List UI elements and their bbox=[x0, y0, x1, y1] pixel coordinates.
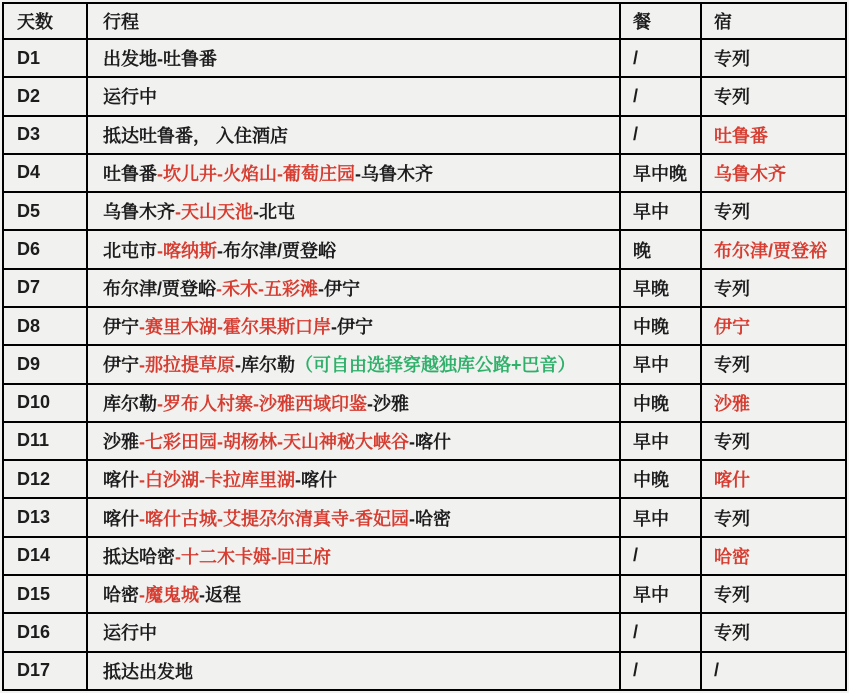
itinerary-segment: 运行中 bbox=[103, 87, 157, 107]
day-cell: D5 bbox=[3, 192, 87, 230]
itinerary-segment: -禾木-五彩滩 bbox=[216, 279, 318, 299]
table-row: D16运行中/专列 bbox=[3, 613, 846, 651]
header-days: 天数 bbox=[3, 3, 87, 39]
header-row: 天数 行程 餐 宿 bbox=[3, 3, 846, 39]
meals-cell: 中晚 bbox=[620, 307, 701, 345]
itinerary-segment: 喀什 bbox=[103, 509, 139, 529]
itinerary-cell: 哈密-魔鬼城-返程 bbox=[87, 575, 620, 613]
lodging-cell: 专列 bbox=[701, 77, 846, 115]
meals-cell: 早中 bbox=[620, 192, 701, 230]
meals-cell: / bbox=[620, 652, 701, 691]
itinerary-segment: 抵达吐鲁番， 入住酒店 bbox=[103, 126, 288, 146]
lodging-cell: 专列 bbox=[701, 422, 846, 460]
itinerary-segment: 吐鲁番 bbox=[103, 164, 157, 184]
itinerary-segment: -天山天池 bbox=[175, 202, 253, 222]
itinerary-segment: -布尔津/贾登峪 bbox=[217, 241, 336, 261]
itinerary-segment: -返程 bbox=[199, 585, 241, 605]
itinerary-segment: 乌鲁木齐 bbox=[103, 202, 175, 222]
day-cell: D12 bbox=[3, 460, 87, 498]
day-cell: D4 bbox=[3, 154, 87, 192]
table-row: D9伊宁-那拉提草原-库尔勒（可自由选择穿越独库公路+巴音）早中专列 bbox=[3, 345, 846, 383]
table-row: D7布尔津/贾登峪-禾木-五彩滩-伊宁早晚专列 bbox=[3, 269, 846, 307]
itinerary-segment: -沙雅 bbox=[367, 394, 409, 414]
meals-cell: 中晚 bbox=[620, 460, 701, 498]
lodging-cell: / bbox=[701, 652, 846, 691]
itinerary-segment: -坎儿井-火焰山-葡萄庄园 bbox=[157, 164, 355, 184]
lodging-cell: 专列 bbox=[701, 613, 846, 651]
day-cell: D14 bbox=[3, 537, 87, 575]
itinerary-cell: 抵达哈密-十二木卡姆-回王府 bbox=[87, 537, 620, 575]
day-cell: D11 bbox=[3, 422, 87, 460]
day-cell: D15 bbox=[3, 575, 87, 613]
itinerary-segment: 运行中 bbox=[103, 623, 157, 643]
itinerary-segment: -罗布人村寨-沙雅西域印鉴 bbox=[157, 394, 367, 414]
itinerary-cell: 伊宁-赛里木湖-霍尔果斯口岸-伊宁 bbox=[87, 307, 620, 345]
table-row: D10库尔勒-罗布人村寨-沙雅西域印鉴-沙雅中晚沙雅 bbox=[3, 384, 846, 422]
table-row: D1出发地-吐鲁番/专列 bbox=[3, 39, 846, 77]
itinerary-cell: 喀什-白沙湖-卡拉库里湖-喀什 bbox=[87, 460, 620, 498]
itinerary-segment: -十二木卡姆-回王府 bbox=[175, 547, 331, 567]
itinerary-cell: 运行中 bbox=[87, 613, 620, 651]
lodging-cell: 专列 bbox=[701, 345, 846, 383]
itinerary-segment: -乌鲁木齐 bbox=[355, 164, 433, 184]
day-cell: D13 bbox=[3, 498, 87, 536]
itinerary-cell: 喀什-喀什古城-艾提尕尔清真寺-香妃园-哈密 bbox=[87, 498, 620, 536]
day-cell: D3 bbox=[3, 116, 87, 154]
lodging-cell: 专列 bbox=[701, 269, 846, 307]
table-row: D12喀什-白沙湖-卡拉库里湖-喀什中晚喀什 bbox=[3, 460, 846, 498]
meals-cell: / bbox=[620, 116, 701, 154]
day-cell: D7 bbox=[3, 269, 87, 307]
itinerary-segment: -那拉提草原 bbox=[139, 355, 235, 375]
table-row: D17抵达出发地// bbox=[3, 652, 846, 691]
header-meals: 餐 bbox=[620, 3, 701, 39]
table-row: D2运行中/专列 bbox=[3, 77, 846, 115]
itinerary-segment: 北屯市 bbox=[103, 241, 157, 261]
itinerary-cell: 沙雅-七彩田园-胡杨林-天山神秘大峡谷-喀什 bbox=[87, 422, 620, 460]
itinerary-segment: -北屯 bbox=[253, 202, 295, 222]
itinerary-cell: 抵达吐鲁番， 入住酒店 bbox=[87, 116, 620, 154]
meals-cell: / bbox=[620, 613, 701, 651]
itinerary-segment: -哈密 bbox=[409, 509, 451, 529]
day-cell: D6 bbox=[3, 230, 87, 268]
table-row: D3抵达吐鲁番， 入住酒店/吐鲁番 bbox=[3, 116, 846, 154]
day-cell: D9 bbox=[3, 345, 87, 383]
itinerary-segment: 伊宁 bbox=[103, 317, 139, 337]
day-cell: D10 bbox=[3, 384, 87, 422]
itinerary-segment: 库尔勒 bbox=[103, 394, 157, 414]
itinerary-segment: -喀什 bbox=[409, 432, 451, 452]
itinerary-segment: 沙雅 bbox=[103, 432, 139, 452]
day-cell: D16 bbox=[3, 613, 87, 651]
itinerary-cell: 运行中 bbox=[87, 77, 620, 115]
lodging-cell: 沙雅 bbox=[701, 384, 846, 422]
itinerary-segment: （可自由选择穿越独库公路+巴音） bbox=[295, 355, 576, 375]
meals-cell: 中晚 bbox=[620, 384, 701, 422]
table-row: D11沙雅-七彩田园-胡杨林-天山神秘大峡谷-喀什早中专列 bbox=[3, 422, 846, 460]
meals-cell: 早中 bbox=[620, 575, 701, 613]
lodging-cell: 专列 bbox=[701, 498, 846, 536]
header-lodging: 宿 bbox=[701, 3, 846, 39]
itinerary-segment: 抵达出发地 bbox=[103, 662, 193, 682]
meals-cell: 早中晚 bbox=[620, 154, 701, 192]
itinerary-page: 天数 行程 餐 宿 D1出发地-吐鲁番/专列D2运行中/专列D3抵达吐鲁番， 入… bbox=[0, 0, 849, 693]
itinerary-segment: -赛里木湖-霍尔果斯口岸 bbox=[139, 317, 331, 337]
itinerary-segment: -喀什 bbox=[295, 470, 337, 490]
itinerary-cell: 北屯市-喀纳斯-布尔津/贾登峪 bbox=[87, 230, 620, 268]
itinerary-cell: 伊宁-那拉提草原-库尔勒（可自由选择穿越独库公路+巴音） bbox=[87, 345, 620, 383]
itinerary-segment: 布尔津/贾登峪 bbox=[103, 279, 216, 299]
day-cell: D8 bbox=[3, 307, 87, 345]
itinerary-cell: 库尔勒-罗布人村寨-沙雅西域印鉴-沙雅 bbox=[87, 384, 620, 422]
lodging-cell: 专列 bbox=[701, 192, 846, 230]
itinerary-segment: -白沙湖-卡拉库里湖 bbox=[139, 470, 295, 490]
table-row: D5乌鲁木齐-天山天池-北屯早中专列 bbox=[3, 192, 846, 230]
itinerary-cell: 乌鲁木齐-天山天池-北屯 bbox=[87, 192, 620, 230]
meals-cell: 早晚 bbox=[620, 269, 701, 307]
itinerary-table: 天数 行程 餐 宿 D1出发地-吐鲁番/专列D2运行中/专列D3抵达吐鲁番， 入… bbox=[2, 2, 847, 691]
table-row: D15哈密-魔鬼城-返程早中专列 bbox=[3, 575, 846, 613]
meals-cell: / bbox=[620, 537, 701, 575]
itinerary-segment: 哈密 bbox=[103, 585, 139, 605]
itinerary-cell: 布尔津/贾登峪-禾木-五彩滩-伊宁 bbox=[87, 269, 620, 307]
day-cell: D2 bbox=[3, 77, 87, 115]
meals-cell: 早中 bbox=[620, 498, 701, 536]
meals-cell: 早中 bbox=[620, 345, 701, 383]
itinerary-cell: 出发地-吐鲁番 bbox=[87, 39, 620, 77]
itinerary-segment: -喀纳斯 bbox=[157, 241, 217, 261]
day-cell: D1 bbox=[3, 39, 87, 77]
table-row: D13喀什-喀什古城-艾提尕尔清真寺-香妃园-哈密早中专列 bbox=[3, 498, 846, 536]
lodging-cell: 哈密 bbox=[701, 537, 846, 575]
itinerary-segment: -伊宁 bbox=[331, 317, 373, 337]
table-row: D6北屯市-喀纳斯-布尔津/贾登峪晚布尔津/贾登裕 bbox=[3, 230, 846, 268]
table-row: D8伊宁-赛里木湖-霍尔果斯口岸-伊宁中晚伊宁 bbox=[3, 307, 846, 345]
meals-cell: / bbox=[620, 39, 701, 77]
itinerary-segment: -伊宁 bbox=[318, 279, 360, 299]
itinerary-segment: 出发地-吐鲁番 bbox=[103, 49, 217, 69]
lodging-cell: 伊宁 bbox=[701, 307, 846, 345]
itinerary-segment: 抵达哈密 bbox=[103, 547, 175, 567]
itinerary-segment: 喀什 bbox=[103, 470, 139, 490]
meals-cell: 早中 bbox=[620, 422, 701, 460]
day-cell: D17 bbox=[3, 652, 87, 691]
header-itinerary: 行程 bbox=[87, 3, 620, 39]
itinerary-segment: -喀什古城-艾提尕尔清真寺-香妃园 bbox=[139, 509, 409, 529]
meals-cell: / bbox=[620, 77, 701, 115]
lodging-cell: 专列 bbox=[701, 575, 846, 613]
itinerary-segment: -魔鬼城 bbox=[139, 585, 199, 605]
itinerary-segment: 伊宁 bbox=[103, 355, 139, 375]
lodging-cell: 专列 bbox=[701, 39, 846, 77]
table-row: D4吐鲁番-坎儿井-火焰山-葡萄庄园-乌鲁木齐早中晚乌鲁木齐 bbox=[3, 154, 846, 192]
lodging-cell: 喀什 bbox=[701, 460, 846, 498]
meals-cell: 晚 bbox=[620, 230, 701, 268]
table-row: D14抵达哈密-十二木卡姆-回王府/哈密 bbox=[3, 537, 846, 575]
lodging-cell: 乌鲁木齐 bbox=[701, 154, 846, 192]
lodging-cell: 吐鲁番 bbox=[701, 116, 846, 154]
itinerary-segment: -库尔勒 bbox=[235, 355, 295, 375]
itinerary-segment: -七彩田园-胡杨林-天山神秘大峡谷 bbox=[139, 432, 409, 452]
itinerary-table-body: D1出发地-吐鲁番/专列D2运行中/专列D3抵达吐鲁番， 入住酒店/吐鲁番D4吐… bbox=[3, 39, 846, 690]
lodging-cell: 布尔津/贾登裕 bbox=[701, 230, 846, 268]
itinerary-cell: 吐鲁番-坎儿井-火焰山-葡萄庄园-乌鲁木齐 bbox=[87, 154, 620, 192]
itinerary-cell: 抵达出发地 bbox=[87, 652, 620, 691]
